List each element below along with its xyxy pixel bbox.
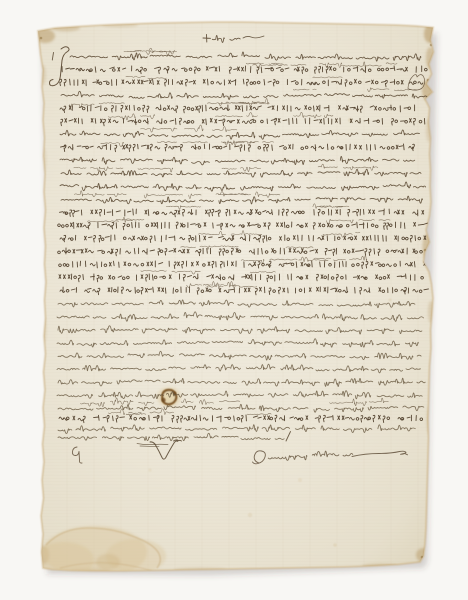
- manuscript-photograph: [0, 0, 468, 600]
- foxing-spot: [148, 468, 151, 471]
- paper-texture: [30, 15, 450, 580]
- foxing-spot: [333, 543, 337, 547]
- chain-lines-texture: [30, 15, 450, 580]
- manuscript-letter-image: [0, 0, 468, 600]
- foxing-spot: [389, 299, 392, 302]
- edge-speck: [40, 37, 43, 40]
- foxing-spot: [248, 513, 252, 517]
- foxing-spot: [298, 478, 302, 482]
- damp-stain: [96, 554, 120, 570]
- burn-stain-nodule: [161, 398, 165, 402]
